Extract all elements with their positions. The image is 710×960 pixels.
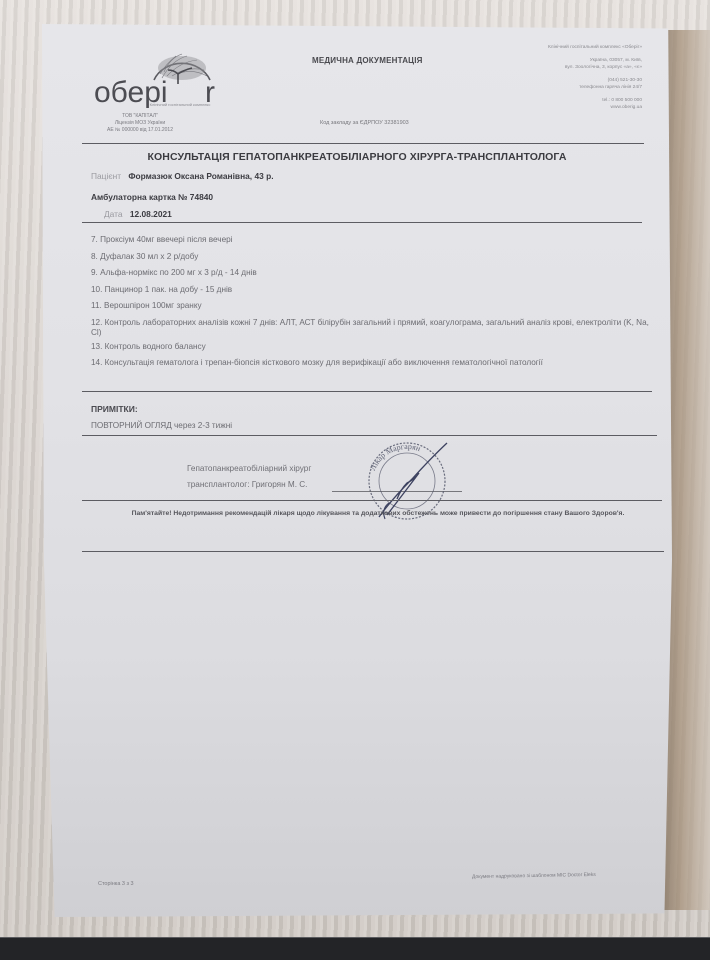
notes-text: ПОВТОРНИЙ ОГЛЯД через 2-3 тижні [91, 421, 232, 430]
section-divider [82, 222, 642, 223]
svg-text:Лікар Маргарян: Лікар Маргарян [368, 442, 422, 472]
edrpou-code: Код закладу за ЄДРПОУ 32381903 [320, 120, 409, 126]
list-item: 7. Проксіум 40мг ввечері після вечері [91, 235, 651, 245]
list-item: 14. Консультація гематолога і трепан-біо… [91, 358, 651, 368]
list-item: 12. Контроль лабораторних аналізів кожні… [91, 318, 651, 338]
list-item: 10. Панцинор 1 пак. на добу - 15 днів [91, 285, 651, 295]
patient-label: Пацієнт [91, 171, 121, 181]
list-item: 11. Верошпірон 100мг зранку [91, 301, 651, 311]
outpatient-card-number: Амбулаторна картка № 74840 [91, 192, 213, 202]
clinic-address: Клінічний госпітальний комплекс «Оберіг»… [482, 44, 642, 111]
prescription-list: 7. Проксіум 40мг ввечері після вечері 8.… [91, 235, 651, 372]
header-divider [82, 143, 644, 144]
date-value: 12.08.2021 [130, 209, 172, 219]
list-item: 9. Альфа-нормікс по 200 мг х 3 р/д - 14 … [91, 268, 651, 278]
list-item: 13. Контроль водного балансу [91, 342, 651, 352]
patient-value: Формазюк Оксана Романівна, 43 р. [128, 171, 273, 181]
signature-divider [82, 500, 662, 501]
items-divider [82, 391, 652, 392]
signer-title: Гепатопанкреатобіліарний хірург [187, 461, 311, 477]
tree-logo-icon: обері r [92, 40, 222, 120]
signer-block: Гепатопанкреатобіліарний хірург транспла… [187, 461, 311, 493]
page-number: Сторінка 3 з 3 [98, 881, 134, 887]
patient-field: Пацієнт Формазюк Оксана Романівна, 43 р. [91, 171, 274, 181]
list-item: 8. Дуфалак 30 мл х 2 р/добу [91, 252, 651, 262]
viewer-bottom-bar [0, 937, 710, 960]
signer-name: трансплантолог: Григорян М. С. [187, 477, 311, 493]
date-field: Дата 12.08.2021 [104, 209, 172, 219]
footer-note: Документ надруковано зі шаблоном МІС Doc… [472, 872, 596, 880]
notes-heading: ПРИМІТКИ: [91, 404, 138, 414]
date-label: Дата [104, 209, 123, 219]
clinic-subtitle: Клінічний госпітальний комплекс [130, 102, 230, 107]
registration-info: ТОВ "КАПІТАЛ" Ліцензія МОЗ України АЕ № … [70, 113, 210, 134]
document-type-label: МЕДИЧНА ДОКУМЕНТАЦІЯ [312, 56, 423, 65]
warning-divider [82, 551, 664, 552]
patient-warning: Пам'ятайте! Недотримання рекомендацій лі… [88, 508, 668, 519]
medical-document-page: обері r Клінічний госпітальний комплекс … [42, 24, 672, 917]
document-title: КОНСУЛЬТАЦІЯ ГЕПАТОПАНКРЕАТОБІЛІАРНОГО Х… [42, 151, 672, 163]
